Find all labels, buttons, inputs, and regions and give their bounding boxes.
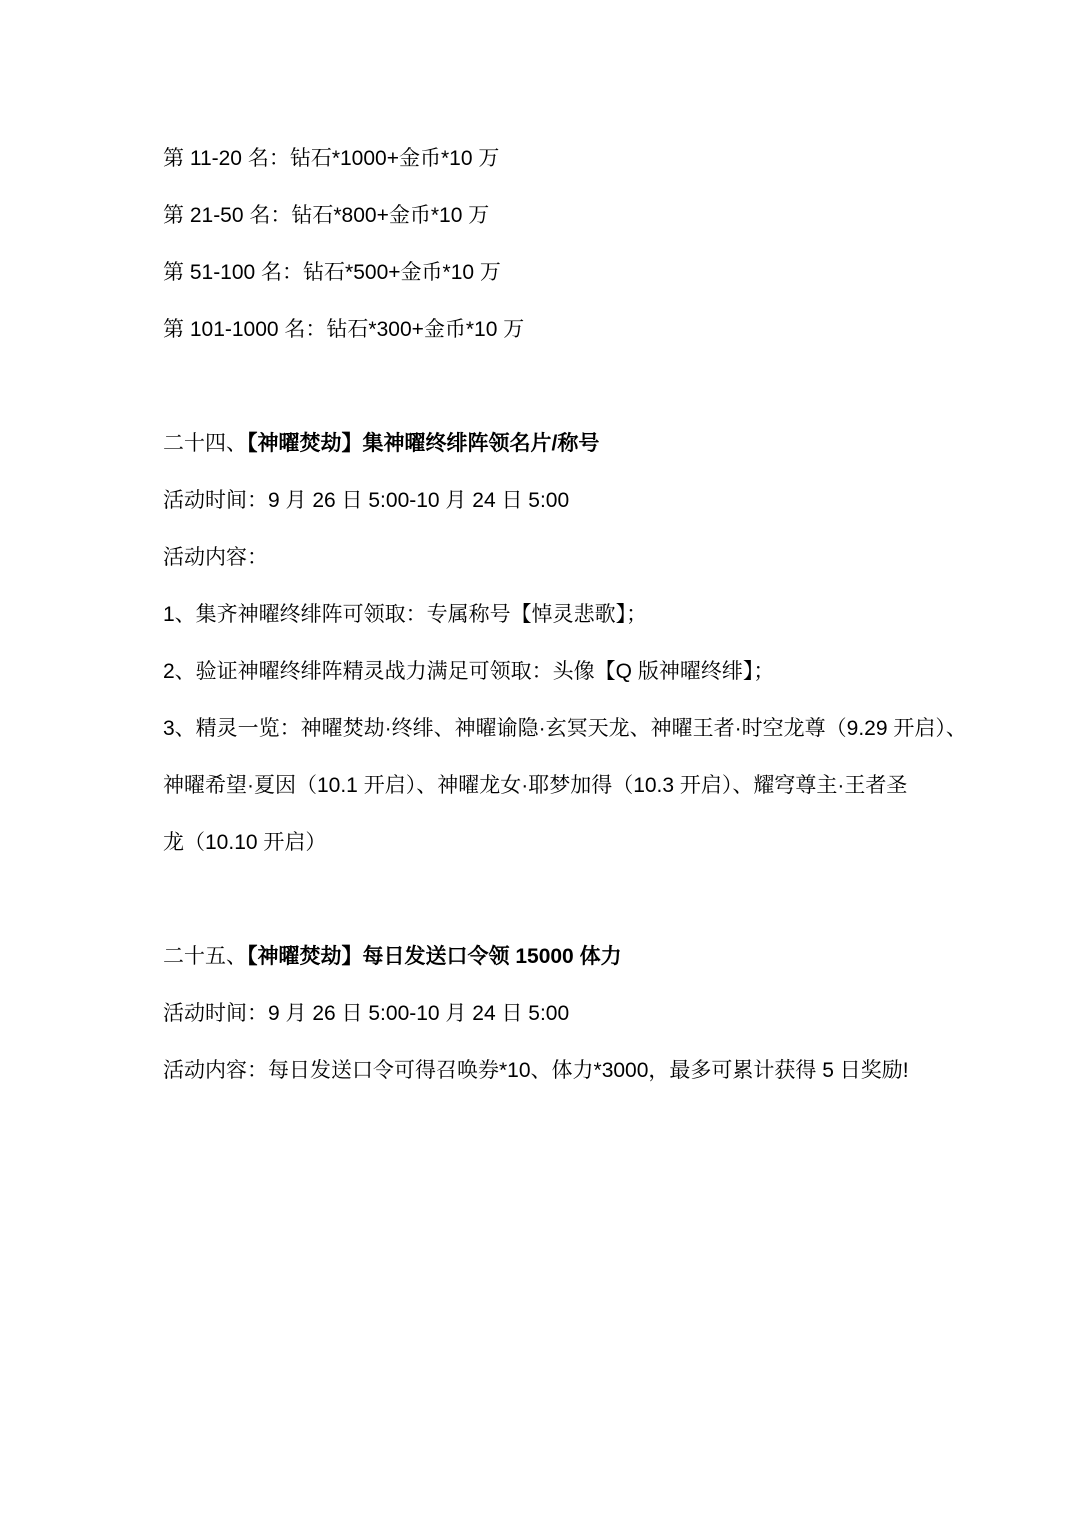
paragraph-spacer xyxy=(163,871,973,928)
section-title: 【神曜焚劫】集神曜终绯阵领名片/称号 xyxy=(247,432,599,455)
paragraph: 第 11-20 名：钻石*1000+金币*10 万 xyxy=(163,130,973,187)
paragraph: 第 21-50 名：钻石*800+金币*10 万 xyxy=(163,187,973,244)
section-number: 二十五、 xyxy=(163,945,247,968)
document-page: 第 11-20 名：钻石*1000+金币*10 万第 21-50 名：钻石*80… xyxy=(163,0,973,1099)
paragraph-spacer xyxy=(163,358,973,415)
paragraph: 活动内容：每日发送口令可得召唤券*10、体力*3000，最多可累计获得 5 日奖… xyxy=(163,1042,973,1099)
paragraph: 第 101-1000 名：钻石*300+金币*10 万 xyxy=(163,301,973,358)
paragraph: 1、集齐神曜终绯阵可领取：专属称号【悼灵悲歌】； xyxy=(163,586,973,643)
paragraph: 3、精灵一览：神曜焚劫·终绯、神曜谕隐·玄冥天龙、神曜王者·时空龙尊（9.29 … xyxy=(163,700,973,871)
section-number: 二十四、 xyxy=(163,432,247,455)
section-heading: 二十四、【神曜焚劫】集神曜终绯阵领名片/称号 xyxy=(163,415,973,472)
paragraph: 活动时间：9 月 26 日 5:00-10 月 24 日 5:00 xyxy=(163,985,973,1042)
paragraph: 2、验证神曜终绯阵精灵战力满足可领取：头像【Q 版神曜终绯】； xyxy=(163,643,973,700)
paragraph: 活动时间：9 月 26 日 5:00-10 月 24 日 5:00 xyxy=(163,472,973,529)
section-heading: 二十五、【神曜焚劫】每日发送口令领 15000 体力 xyxy=(163,928,973,985)
paragraph: 第 51-100 名：钻石*500+金币*10 万 xyxy=(163,244,973,301)
section-title: 【神曜焚劫】每日发送口令领 15000 体力 xyxy=(247,945,622,968)
paragraph: 活动内容： xyxy=(163,529,973,586)
